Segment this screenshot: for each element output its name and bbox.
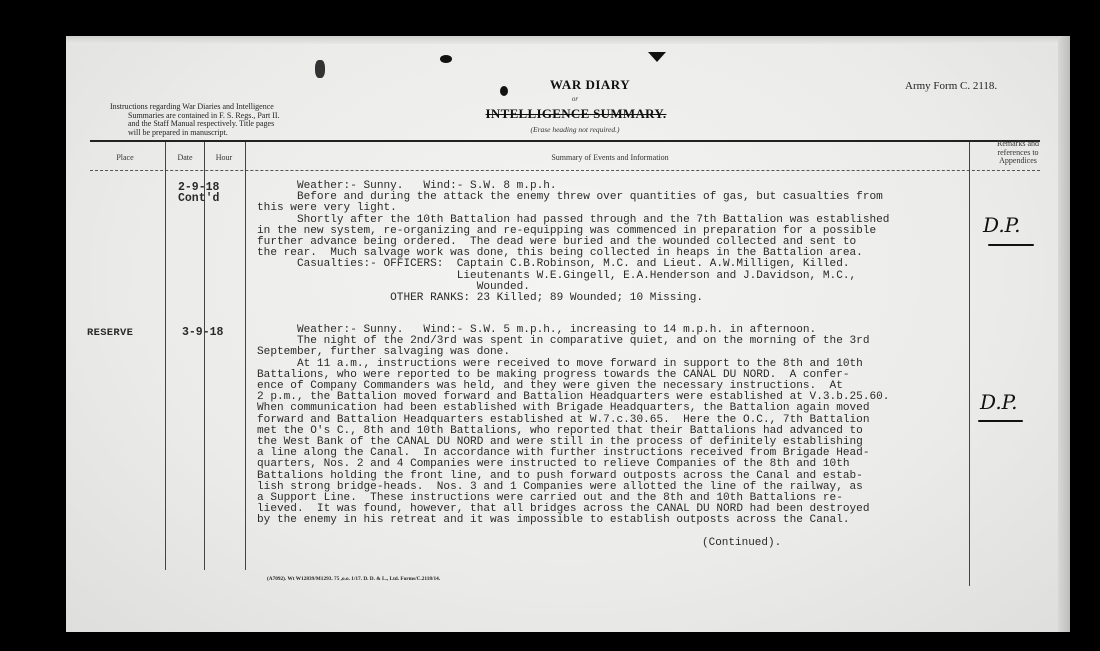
erase-heading-note: (Erase heading not required.) <box>500 125 650 134</box>
entry-text: Weather:- Sunny. Wind:- S.W. 8 m.p.h. Be… <box>257 181 969 304</box>
form-title-or: or <box>560 95 590 103</box>
entry-line: September, further salvaging was done. <box>257 347 969 358</box>
punch-hole-mark <box>315 60 325 78</box>
form-title: WAR DIARY <box>490 77 690 93</box>
form-subtitle: INTELLIGENCE SUMMARY. <box>456 106 696 122</box>
column-header-date: Date <box>170 153 200 162</box>
remark-initials: D.P. <box>983 213 1020 237</box>
entry-date: 3-9-18 <box>182 327 223 338</box>
remarks-header-line: Appendices <box>978 157 1058 166</box>
printer-imprint: (A7092). Wt W12839/M1293. 75 ,o.o. 1/17.… <box>267 576 440 582</box>
column-header-summary: Summary of Events and Information <box>450 153 770 162</box>
column-divider <box>245 142 246 570</box>
initials-underline <box>978 420 1023 422</box>
entry-line: this were very light. <box>257 203 969 214</box>
entry-line: Casualties:- OFFICERS: Captain C.B.Robin… <box>257 259 969 270</box>
column-header-place: Place <box>110 153 140 162</box>
army-form-number: Army Form C. 2118. <box>905 80 997 92</box>
remark-initials: D.P. <box>980 390 1017 414</box>
column-header-hour: Hour <box>207 153 241 162</box>
entry-date: 2-9-18 Cont'd <box>178 182 219 204</box>
form-instructions: Instructions regarding War Diaries and I… <box>110 103 340 137</box>
page-top-edge <box>66 36 1070 44</box>
entry-line: quarters, Nos. 2 and 4 Companies were in… <box>257 459 969 470</box>
entry-date-value: 3-9-18 <box>182 327 223 338</box>
column-header-remarks: Remarks and references to Appendices <box>978 140 1058 166</box>
entry-date-note: Cont'd <box>178 193 219 204</box>
column-header-rule <box>90 170 1040 171</box>
entry-place: RESERVE <box>87 327 133 339</box>
column-divider <box>204 142 205 570</box>
entry-line: OTHER RANKS: 23 Killed; 89 Wounded; 10 M… <box>257 293 969 304</box>
instructions-line: will be prepared in manuscript. <box>110 129 340 138</box>
page-right-edge <box>1058 36 1070 632</box>
continued-note: (Continued). <box>702 537 781 549</box>
column-divider <box>969 142 970 586</box>
header-rule <box>90 140 1040 142</box>
entry-text: Weather:- Sunny. Wind:- S.W. 5 m.p.h., i… <box>257 325 969 527</box>
column-divider <box>165 142 166 570</box>
punch-hole-mark <box>440 55 452 63</box>
entry-line: by the enemy in his retreat and it was i… <box>257 515 969 526</box>
initials-underline <box>988 244 1034 246</box>
entry-line: When communication had been established … <box>257 403 969 414</box>
